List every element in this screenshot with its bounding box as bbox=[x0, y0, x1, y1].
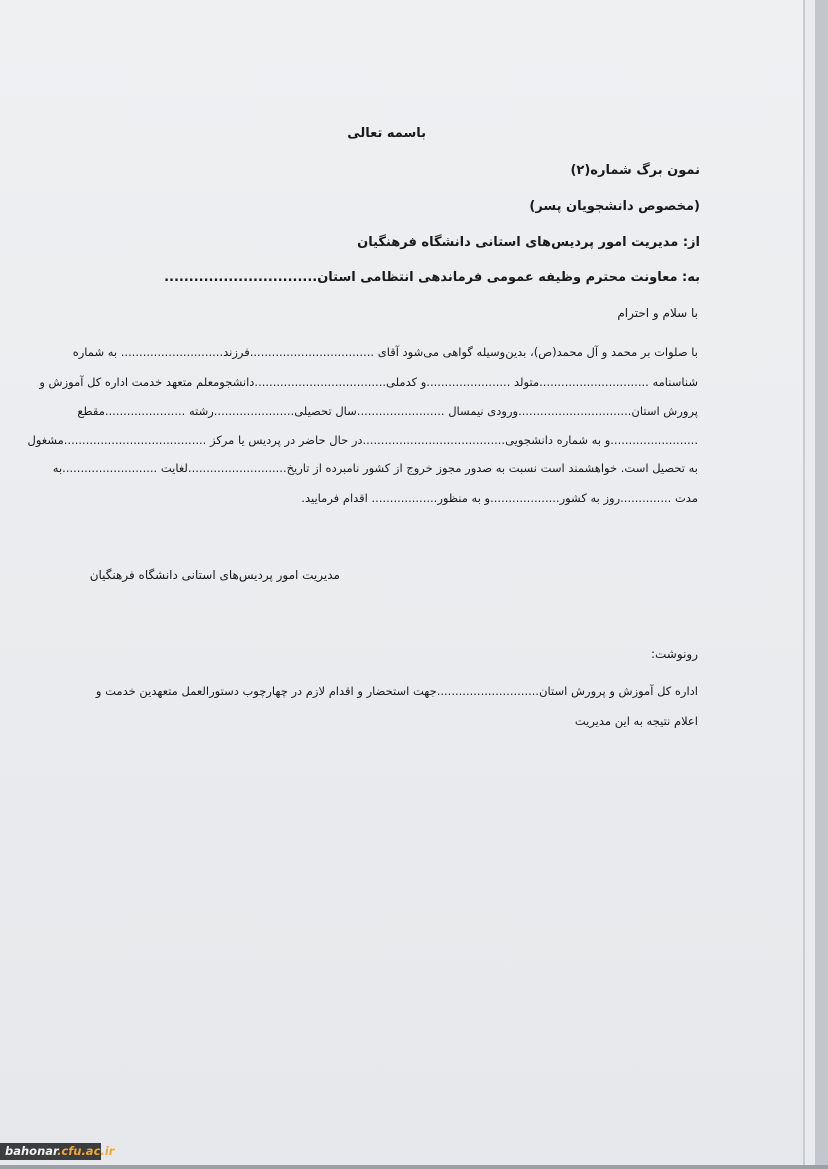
signature-block: مدیریت امور پردیس‌های استانی دانشگاه فره… bbox=[90, 568, 340, 582]
scanner-bottom-band bbox=[0, 1165, 828, 1169]
body-line: ........................و به شماره دانشج… bbox=[102, 433, 698, 447]
greeting: با سلام و احترام bbox=[617, 306, 698, 320]
to-line: به: معاونت محترم وظیفه عمومی فرماندهی ان… bbox=[164, 270, 700, 285]
paper-edge-strip bbox=[805, 0, 815, 1169]
watermark-suffix: .cfu.ac.ir bbox=[57, 1144, 114, 1158]
watermark-prefix: bahonar bbox=[5, 1144, 57, 1158]
cc-line: اعلام نتیجه به این مدیریت bbox=[575, 714, 698, 728]
form-number: نمون برگ شماره(۲) bbox=[570, 163, 700, 178]
body-line: به تحصیل است. خواهشمند است نسبت به صدور … bbox=[102, 461, 698, 475]
body-line: پرورش استان.............................… bbox=[102, 404, 698, 418]
cc-line: اداره کل آموزش و پرورش استان............… bbox=[118, 684, 698, 698]
body-line: مدت ..............روز به کشور...........… bbox=[301, 491, 698, 505]
basmala-heading: باسمه تعالی bbox=[347, 126, 426, 141]
body-line: شناسنامه ..............................م… bbox=[102, 375, 698, 389]
form-subject: (مخصوص دانشجویان پسر) bbox=[529, 199, 700, 214]
site-watermark: bahonar.cfu.ac.ir bbox=[0, 1143, 101, 1160]
from-line: از: مدیریت امور پردیس‌های استانی دانشگاه… bbox=[357, 235, 700, 250]
cc-label: رونوشت: bbox=[651, 647, 698, 661]
scanner-shadow bbox=[815, 0, 828, 1169]
body-line: با صلوات بر محمد و آل محمد(ص)، بدین‌وسیل… bbox=[102, 345, 698, 359]
